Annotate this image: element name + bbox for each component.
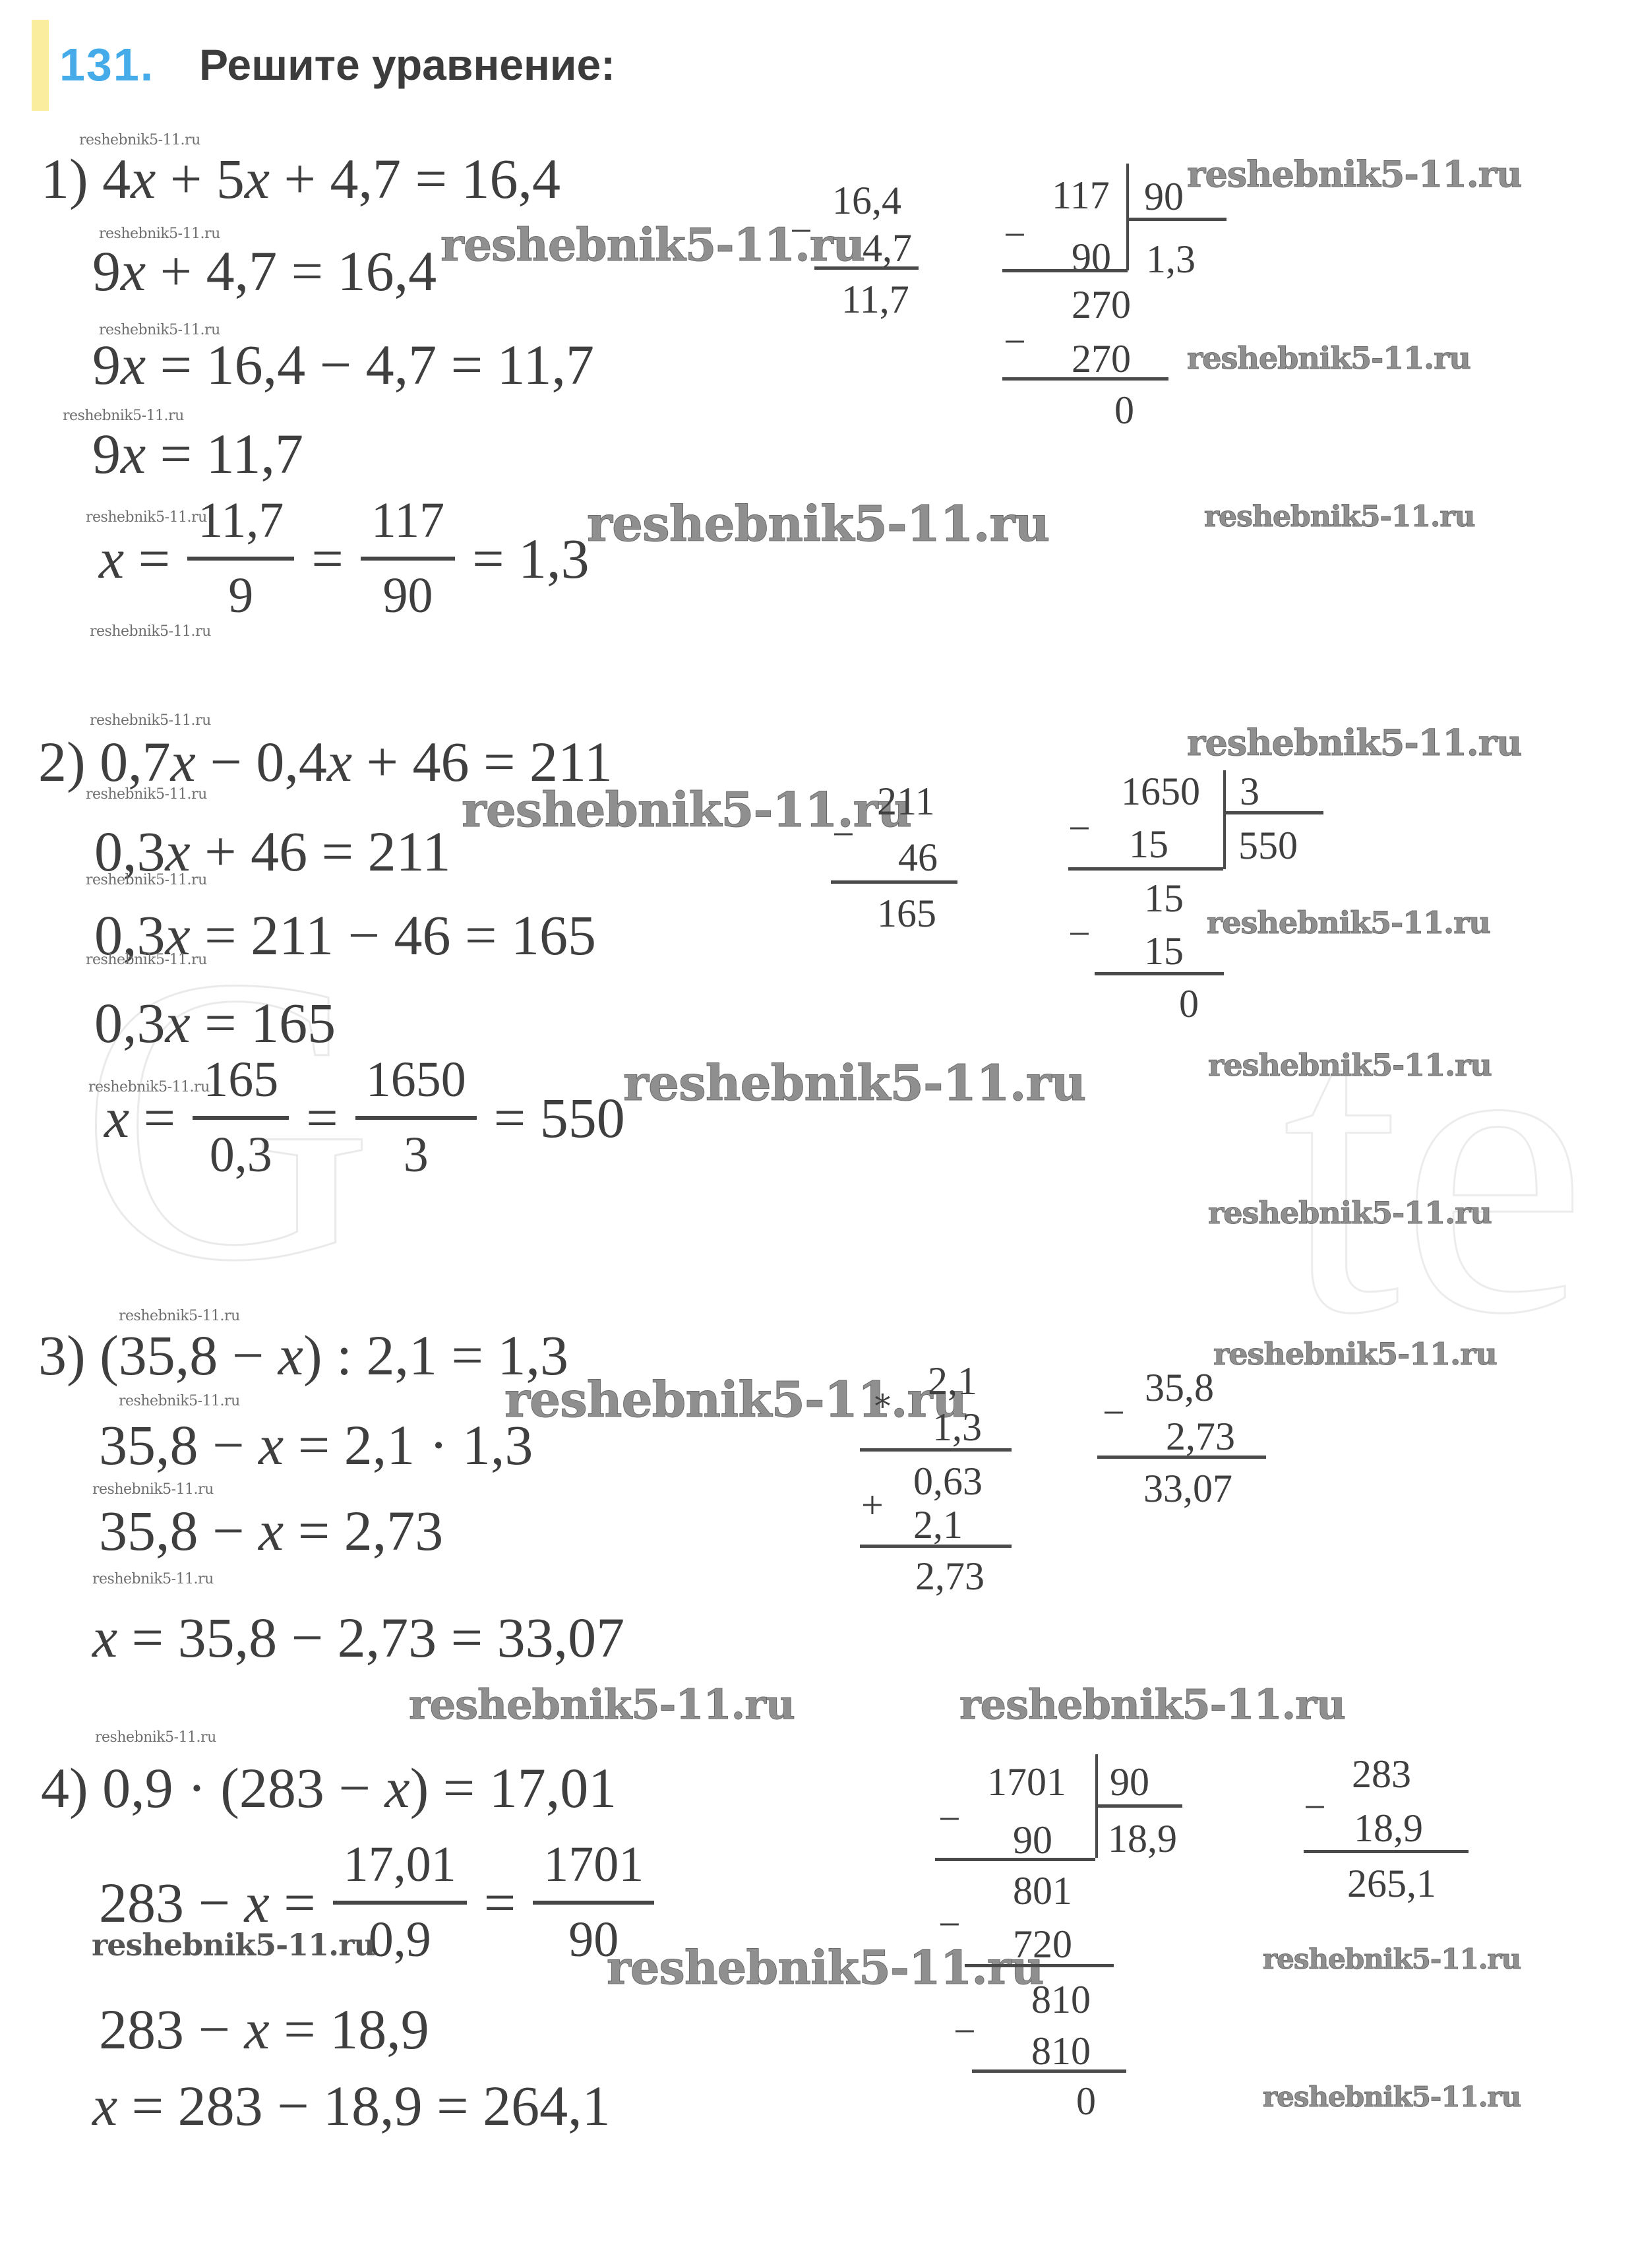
division-rule: [1002, 377, 1168, 381]
watermark-small: reshebnik5-11.ru: [119, 1393, 240, 1409]
minuend: 211: [877, 782, 935, 821]
p2-solution-line: x = 165 0,3 = 1650 3 = 550: [104, 1053, 642, 1183]
division-step: 90: [1013, 1820, 1052, 1860]
minus-sign: −: [1004, 215, 1026, 255]
fraction: 165 0,3: [193, 1053, 289, 1183]
divisor-rule: [1095, 1804, 1182, 1808]
minuend: 16,4: [832, 181, 901, 220]
minus-sign: −: [938, 1799, 961, 1839]
division-step: 801: [1013, 1871, 1072, 1911]
watermark-bold: reshebnik5-11.ru: [92, 1927, 375, 1963]
solution-result: = 1,3: [472, 530, 590, 587]
p3-equation: 3) (35,8 − x) : 2,1 = 1,3: [38, 1327, 568, 1384]
watermark-large: reshebnik5-11.ru: [587, 496, 1049, 553]
minus-sign: −: [1304, 1787, 1326, 1827]
solution-lhs: 283 − x =: [99, 1874, 316, 1931]
solution-lhs: x =: [104, 1089, 175, 1146]
difference: 165: [877, 894, 936, 933]
minus-sign: −: [1004, 322, 1026, 361]
minus-sign: −: [832, 814, 855, 854]
watermark-small: reshebnik5-11.ru: [86, 786, 207, 803]
division-step: 270: [1072, 285, 1131, 324]
textbook-page: G te 131. Решите уравнение: reshebnik5-1…: [0, 0, 1636, 2268]
multiplication-rule: [860, 1448, 1012, 1452]
p4-step: x = 283 − 18,9 = 264,1: [92, 2077, 611, 2134]
solution-result: = 550: [494, 1089, 625, 1146]
division-bar: [1223, 770, 1226, 869]
p4-long-division: 1701 90 18,9 − 90 801 − 720 810 − 810 0: [935, 1754, 1199, 2124]
watermark-large: reshebnik5-11.ru: [1208, 1047, 1492, 1083]
division-step: 15: [1144, 878, 1184, 918]
subtraction-rule: [831, 880, 957, 884]
watermark-small: reshebnik5-11.ru: [119, 1308, 240, 1324]
subtraction-rule: [814, 266, 919, 270]
fraction: 11,7 9: [187, 493, 294, 624]
divisor-rule: [1126, 218, 1227, 221]
minuend: 35,8: [1145, 1368, 1214, 1407]
division-step: 720: [1013, 1924, 1072, 1964]
division-step: 810: [1031, 1980, 1091, 2019]
division-rule: [1002, 269, 1128, 272]
divisor: 90: [1110, 1762, 1149, 1802]
division-rule: [1068, 867, 1223, 871]
minus-sign: −: [790, 211, 812, 251]
remainder: 0: [1076, 2081, 1096, 2121]
quotient: 550: [1238, 826, 1298, 865]
division-rule: [935, 1858, 1095, 1861]
quotient: 1,3: [1146, 239, 1196, 279]
equals-sign: =: [311, 530, 344, 587]
watermark-small: reshebnik5-11.ru: [90, 623, 211, 640]
subtrahend: 46: [898, 838, 938, 877]
divisor: 90: [1144, 177, 1184, 216]
watermark-large: reshebnik5-11.ru: [1187, 340, 1470, 376]
division-step: 810: [1031, 2031, 1091, 2071]
product: 2,73: [915, 1556, 985, 1596]
p2-long-division: 1650 3 550 − 15 15 − 15 0: [1068, 770, 1332, 1021]
remainder: 0: [1114, 390, 1134, 430]
factor: 2,1: [928, 1361, 977, 1401]
watermark-small: reshebnik5-11.ru: [92, 1571, 214, 1587]
difference: 265,1: [1347, 1864, 1436, 1903]
p1-step: 9x + 4,7 = 16,4: [92, 243, 437, 299]
division-rule: [1095, 972, 1224, 975]
subtraction-rule: [1304, 1850, 1469, 1853]
factor: 1,3: [932, 1407, 982, 1447]
p1-step: 9x = 11,7: [92, 425, 303, 482]
difference: 11,7: [841, 280, 909, 319]
p3-step: 35,8 − x = 2,73: [99, 1502, 443, 1559]
watermark-small: reshebnik5-11.ru: [79, 132, 200, 148]
subtrahend: 4,7: [863, 228, 912, 268]
watermark-small: reshebnik5-11.ru: [86, 872, 207, 888]
watermark-small: reshebnik5-11.ru: [92, 1481, 214, 1498]
partial-product: 0,63: [913, 1461, 983, 1501]
minus-sign: −: [1103, 1393, 1125, 1432]
multiplication-sign: ∗: [872, 1385, 894, 1417]
watermark-large: reshebnik5-11.ru: [1263, 2081, 1521, 2113]
division-step: 270: [1072, 339, 1131, 379]
p1-equation: 1) 4x + 5x + 4,7 = 16,4: [41, 150, 560, 207]
p1-step: 9x = 16,4 − 4,7 = 11,7: [92, 336, 594, 393]
fraction: 1650 3: [355, 1053, 477, 1183]
dividend: 1650: [1121, 772, 1200, 811]
minus-sign: −: [938, 1905, 961, 1944]
fraction: 117 90: [361, 493, 455, 624]
watermark-large: reshebnik5-11.ru: [1263, 1943, 1521, 1975]
p4-equation: 4) 0,9 · (283 − x) = 17,01: [41, 1760, 617, 1816]
division-step: 15: [1144, 931, 1184, 971]
division-rule: [972, 2069, 1126, 2073]
watermark-large: reshebnik5-11.ru: [1187, 153, 1521, 195]
p3-column-subtraction: 35,8 − 2,73 33,07: [1097, 1359, 1275, 1510]
plus-sign: +: [861, 1485, 884, 1525]
watermark-small: reshebnik5-11.ru: [86, 952, 207, 968]
division-rule: [965, 1964, 1114, 1967]
watermark-large: reshebnik5-11.ru: [1207, 905, 1490, 940]
multiplication-rule: [860, 1545, 1012, 1548]
subtraction-rule: [1097, 1456, 1266, 1459]
p1-solution-line: x = 11,7 9 = 117 90 = 1,3: [99, 493, 607, 624]
minuend: 283: [1352, 1754, 1411, 1794]
watermark-large: reshebnik5-11.ru: [623, 1055, 1085, 1112]
dividend: 1701: [987, 1762, 1066, 1802]
dividend: 117: [1052, 175, 1110, 215]
division-step: 15: [1129, 824, 1168, 864]
remainder: 0: [1179, 984, 1199, 1024]
equals-sign: =: [306, 1089, 338, 1146]
p2-step: 0,3x = 165: [94, 995, 336, 1051]
p3-step: x = 35,8 − 2,73 = 33,07: [92, 1609, 624, 1666]
watermark-large: reshebnik5-11.ru: [1204, 500, 1475, 534]
p3-step: 35,8 − x = 2,1 · 1,3: [99, 1417, 533, 1473]
minus-sign: −: [1068, 914, 1091, 954]
difference: 33,07: [1143, 1469, 1232, 1508]
subtrahend: 2,73: [1166, 1417, 1235, 1456]
partial-product: 2,1: [913, 1505, 963, 1545]
quotient: 18,9: [1108, 1819, 1177, 1858]
task-accent-bar: [32, 20, 49, 111]
watermark-small: reshebnik5-11.ru: [90, 712, 211, 729]
division-bar: [1126, 164, 1129, 270]
task-number: 131.: [59, 38, 154, 91]
p1-column-subtraction: 16,4 − 4,7 11,7: [778, 170, 930, 315]
watermark-large: reshebnik5-11.ru: [409, 1680, 795, 1729]
watermark-large: reshebnik5-11.ru: [1187, 721, 1521, 764]
p4-step: 283 − x = 18,9: [99, 2001, 429, 2058]
p4-column-subtraction: 283 − 18,9 265,1: [1304, 1748, 1475, 1906]
watermark-large: reshebnik5-11.ru: [1208, 1195, 1492, 1231]
p3-column-multiplication: ∗ 2,1 1,3 0,63 + 2,1 2,73: [857, 1359, 1022, 1603]
watermark-small: reshebnik5-11.ru: [95, 1729, 216, 1746]
equals-sign: =: [484, 1874, 516, 1931]
minus-sign: −: [954, 2011, 976, 2051]
divisor-rule: [1223, 811, 1323, 814]
divisor: 3: [1240, 772, 1259, 811]
subtrahend: 18,9: [1354, 1808, 1423, 1848]
solution-lhs: x =: [99, 530, 170, 587]
minus-sign: −: [1068, 809, 1091, 848]
p1-long-division: 117 90 1,3 − 90 270 − 270 0: [996, 164, 1233, 427]
watermark-large: reshebnik5-11.ru: [959, 1680, 1345, 1729]
p2-column-subtraction: 211 − 46 165: [831, 782, 969, 933]
watermark-large: reshebnik5-11.ru: [1213, 1336, 1497, 1372]
page-title: Решите уравнение:: [199, 40, 615, 90]
